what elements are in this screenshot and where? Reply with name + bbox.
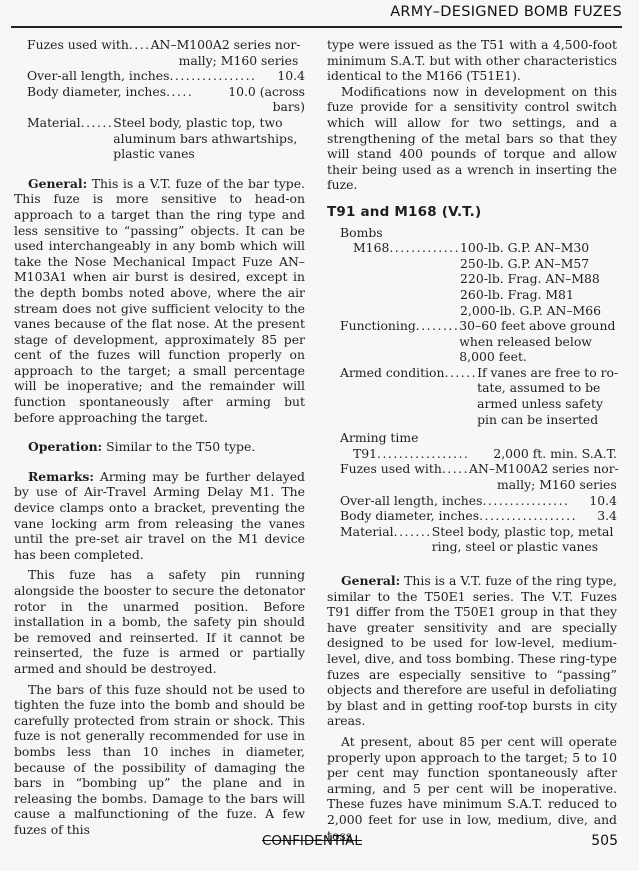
- spec-overall-length: Over-all length, inches................ …: [27, 68, 305, 84]
- continued-paragraph: type were issued as the T51 with a 4,500…: [327, 37, 617, 84]
- page-number: 505: [591, 833, 618, 849]
- spec-fuzes-used-with: Fuzes used with.... AN–M100A2 series nor…: [27, 37, 305, 68]
- section-heading-t91-m168: T91 and M168 (V.T.): [327, 205, 617, 221]
- spec-body-diameter: Body diameter, inches..... 10.0 (across …: [27, 84, 305, 115]
- arming-time-label: Arming time: [340, 430, 617, 446]
- classification-marking: CONFIDENTIAL: [262, 833, 362, 849]
- left-column: Fuzes used with.... AN–M100A2 series nor…: [14, 37, 305, 838]
- spec-arming-time-t91: T91................. 2,000 ft. min. S.A.…: [340, 446, 617, 462]
- spec-bombs-m168: M168............. 100-lb. G.P. AN–M30 25…: [340, 240, 617, 318]
- operation-paragraph: Operation: Similar to the T50 type.: [14, 439, 305, 455]
- spec-body-diameter: Body diameter, inches.................. …: [340, 508, 617, 524]
- spec-armed-condition: Armed condition...... If vanes are free …: [340, 365, 617, 427]
- spec-overall-length: Over-all length, inches................ …: [340, 493, 617, 509]
- spec-fuzes-used-with: Fuzes used with..... AN–M100A2 series no…: [340, 461, 617, 492]
- t91-spec-list: Bombs M168............. 100-lb. G.P. AN–…: [327, 225, 617, 555]
- safety-pin-paragraph: This fuze has a safety pin running along…: [14, 567, 305, 676]
- general-paragraph: General: This is a V.T. fuze of the bar …: [14, 176, 305, 426]
- spec-functioning: Functioning........ 30–60 feet above gro…: [340, 318, 617, 365]
- general-paragraph-t91: General: This is a V.T. fuze of the ring…: [327, 573, 617, 729]
- at-present-paragraph: At present, about 85 per cent will opera…: [327, 734, 617, 843]
- remarks-paragraph: Remarks: Arming may be further delayed b…: [14, 469, 305, 563]
- right-column: type were issued as the T51 with a 4,500…: [327, 37, 617, 843]
- bars-paragraph: The bars of this fuze should not be used…: [14, 682, 305, 838]
- spec-list: Fuzes used with.... AN–M100A2 series nor…: [14, 37, 305, 162]
- bombs-label: Bombs: [340, 225, 617, 241]
- running-header: ARMY–DESIGNED BOMB FUZES: [390, 4, 622, 20]
- spec-material: Material ...... Steel body, plastic top,…: [27, 115, 305, 162]
- header-rule: [11, 26, 622, 28]
- spec-material: Material....... Steel body, plastic top,…: [340, 524, 617, 555]
- modifications-paragraph: Modifications now in development on this…: [327, 84, 617, 193]
